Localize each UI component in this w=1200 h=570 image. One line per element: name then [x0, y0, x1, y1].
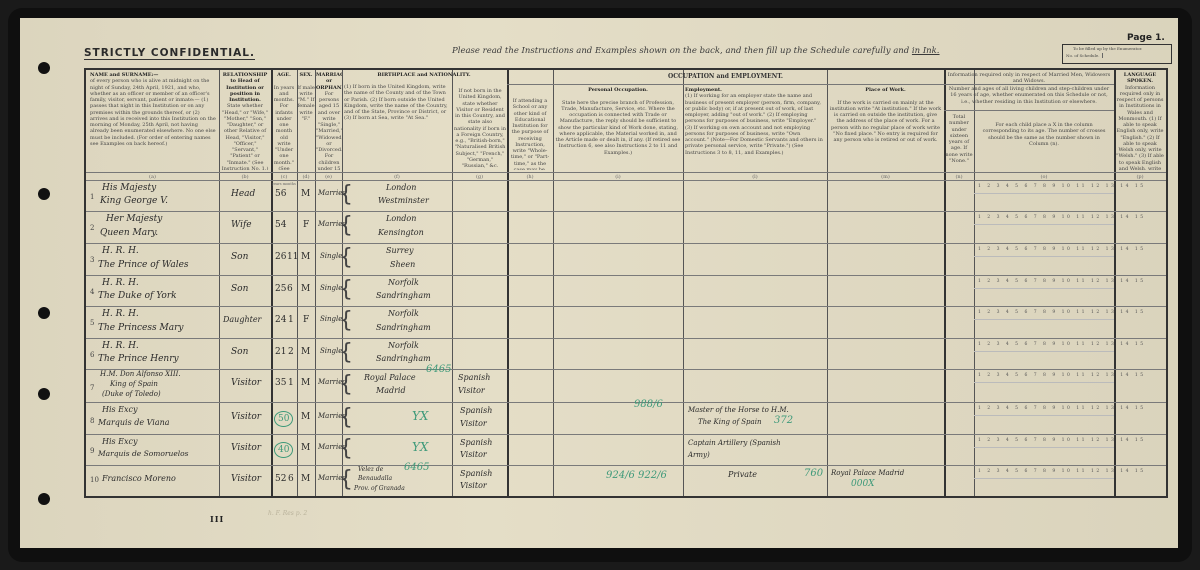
place-of-work-desc: If the work is carried on mainly at the …	[830, 100, 941, 144]
enumerator-box-title: To be filled up by the Enumerator.	[1073, 46, 1142, 51]
header-place-of-work: Place of Work.If the work is carried on …	[829, 87, 942, 170]
person-title: His Excy	[102, 437, 138, 446]
age-rule	[974, 193, 1114, 194]
sex: F	[303, 315, 309, 325]
header-birthplace: (1) If born in the United Kingdom, write…	[344, 84, 450, 170]
age-years: 24	[275, 315, 286, 325]
footer-mark: III	[210, 514, 224, 524]
row-number: 1	[90, 193, 94, 201]
nationality-line: Spanish	[460, 469, 492, 478]
birthplace-line: Sandringham	[376, 291, 431, 300]
age-rule	[974, 478, 1114, 479]
age-months: 1	[288, 378, 294, 388]
person-name: Queen Mary.	[100, 228, 158, 238]
birthplace-title: BIRTHPLACE and NATIONALITY.	[377, 72, 470, 78]
place-of-work: Royal Palace Madrid	[831, 469, 904, 477]
relationship: Son	[231, 347, 248, 357]
pencil-note: h. F. Res p. 2	[268, 510, 307, 517]
person-title: H. R. H.	[102, 246, 139, 256]
header-schooling: If attending a School or any other kind …	[509, 98, 551, 170]
sex: M	[301, 474, 310, 484]
green-employment-code: 372	[774, 415, 793, 426]
age-scale: 1 2 3 4 5 6 7 8 9 10 11 12 13 14 15	[978, 469, 1146, 474]
birthplace-line: Norfolk	[388, 341, 419, 350]
sex: M	[301, 443, 310, 453]
sex: M	[301, 252, 310, 262]
person-name: Marquis de Somoruelos	[98, 449, 189, 458]
sex: M	[301, 284, 310, 294]
instructions-line: Please read the Instructions and Example…	[452, 46, 940, 56]
header-employment: Employment.(1) If working for an employe…	[685, 87, 825, 170]
header-marriage: MARRIAGE or ORPHANHOODFor persons aged 1…	[316, 72, 342, 170]
punch-hole	[38, 307, 50, 319]
row-number: 7	[90, 384, 94, 392]
table-row: 7 H.M. Don Alfonso XIII. King of Spain (…	[86, 369, 1166, 403]
age-months: 6	[287, 284, 293, 294]
employment-line: The King of Spain	[698, 418, 761, 426]
person-name: Marquis de Viana	[98, 418, 170, 427]
age-scale: 1 2 3 4 5 6 7 8 9 10 11 12 13 14 15	[978, 438, 1146, 443]
header-nationality: If not born in the United Kingdom, state…	[454, 88, 506, 170]
birthplace-line: Westminster	[378, 196, 429, 205]
brace-icon: {	[339, 247, 353, 269]
birthplace-line: Norfolk	[388, 309, 419, 318]
birthplace-line: Norfolk	[388, 278, 419, 287]
green-annotation: 6465	[426, 364, 451, 375]
header-age-desc: In years and months. For infants under o…	[273, 85, 295, 171]
header-married-info: Information required only in respect of …	[946, 72, 1112, 84]
person-title: His Excy	[102, 405, 138, 414]
age-years: 25	[275, 284, 286, 294]
age-scale: 1 2 3 4 5 6 7 8 9 10 11 12 13 14 15	[978, 310, 1146, 315]
brace-icon: {	[339, 184, 353, 206]
header-relationship-desc: State whether "Head," or "Wife," "Mother…	[222, 103, 269, 170]
age-scale: 1 2 3 4 5 6 7 8 9 10 11 12 13 14 15	[978, 215, 1146, 220]
employment-line: Master of the Horse to H.M.	[688, 406, 789, 414]
header-rule	[86, 172, 1166, 173]
age-months: 2	[288, 347, 294, 357]
age-scale: 1 2 3 4 5 6 7 8 9 10 11 12 13 14 15	[978, 342, 1146, 347]
sex: M	[301, 378, 310, 388]
birthplace-line: Madrid	[376, 386, 406, 395]
birthplace-line: London	[386, 183, 416, 192]
row-number: 8	[90, 417, 94, 425]
age-rule	[974, 256, 1114, 257]
age-rule	[974, 224, 1114, 225]
person-name: King George V.	[100, 196, 168, 206]
header-children-ages: For each child place a X in the column c…	[978, 122, 1110, 170]
header-children-total: Total number under sixteen years of age.…	[945, 114, 973, 170]
birthplace-line: Prov. of Granada	[354, 485, 405, 492]
person-name: The Duke of York	[98, 291, 177, 301]
header-marriage-desc: For persons aged 15 and over write "Sing…	[316, 91, 342, 170]
table-row: 8 His Excy Marquis de Viana Visitor 50 M…	[86, 402, 1166, 435]
relationship: Son	[231, 252, 248, 262]
punch-hole	[38, 493, 50, 505]
person-name: Francisco Moreno	[102, 474, 176, 483]
relationship: Visitor	[231, 378, 261, 388]
nationality-line: Visitor	[460, 450, 487, 459]
age-scale: 1 2 3 4 5 6 7 8 9 10 11 12 13 14 15	[978, 406, 1146, 411]
header-sex-title: SEX.	[299, 72, 312, 78]
person-title: H. R. H.	[102, 278, 139, 288]
page-number: Page 1.	[1127, 33, 1165, 43]
green-occupation-code: 988/6	[634, 399, 663, 410]
instructions-ink: in Ink.	[912, 46, 940, 56]
age-rule	[974, 288, 1114, 289]
age-scale: 1 2 3 4 5 6 7 8 9 10 11 12 13 14 15	[978, 184, 1146, 189]
age-years: 21	[275, 347, 286, 357]
person-title: His Majesty	[102, 183, 156, 193]
header-language: LANGUAGE SPOKEN.Information required onl…	[1116, 72, 1164, 170]
person-title: Her Majesty	[106, 214, 162, 224]
birthplace-line: Sheen	[390, 260, 415, 269]
relationship: Visitor	[231, 474, 261, 484]
header-rule	[944, 110, 1114, 111]
language-title: LANGUAGE SPOKEN.	[1124, 72, 1156, 84]
language-desc: Information required only in respect of …	[1116, 85, 1164, 171]
header-rule	[944, 84, 1114, 85]
age-months: 1	[288, 315, 294, 325]
employment-desc: (1) If working for an employer state the…	[685, 93, 823, 155]
brace-icon: {	[339, 310, 353, 332]
relationship: Son	[231, 284, 248, 294]
nationality-line: Spanish	[458, 373, 490, 382]
sex: M	[301, 189, 310, 199]
row-number: 3	[90, 256, 94, 264]
header-relationship: RELATIONSHIP to Head of Institution or p…	[221, 72, 269, 170]
table-row: 5 H. R. H. The Princess Mary Daughter 24…	[86, 306, 1166, 339]
age-years: 35	[275, 378, 286, 388]
birthplace-line: Sandringham	[376, 354, 431, 363]
age-scale: 1 2 3 4 5 6 7 8 9 10 11 12 13 14 15	[978, 279, 1146, 284]
nationality-line: Visitor	[460, 481, 487, 490]
header-age-title: AGE.	[277, 72, 291, 78]
header-name: NAME and SURNAME:—of every person who is…	[90, 72, 216, 170]
birthplace-line: Royal Palace	[364, 373, 416, 382]
enumerator-box: To be filled up by the Enumerator. No. o…	[1062, 44, 1172, 64]
person-title: H. R. H.	[102, 341, 139, 351]
nationality-line: Visitor	[458, 386, 485, 395]
header-marriage-title: MARRIAGE or ORPHANHOOD	[316, 72, 342, 91]
green-annotation: 6465	[404, 462, 429, 473]
punch-hole	[38, 62, 50, 74]
sex: M	[301, 347, 310, 357]
header-rule	[507, 84, 944, 85]
census-table: NAME and SURNAME:—of every person who is…	[84, 68, 1168, 498]
age-years-circled: 50	[274, 411, 293, 427]
relationship: Wife	[231, 220, 252, 230]
relationship: Visitor	[231, 443, 261, 453]
green-occupation-code: 924/6 922/6	[606, 470, 667, 481]
row-number: 4	[90, 288, 94, 296]
brace-icon: {	[339, 279, 353, 301]
sex: M	[301, 412, 310, 422]
brace-icon: {	[339, 438, 353, 460]
age-rule	[974, 415, 1114, 416]
row-number: 2	[90, 224, 94, 232]
document-title: STRICTLY CONFIDENTIAL.	[84, 47, 255, 60]
employment-line: Army)	[688, 451, 710, 459]
table-row: 9 His Excy Marquis de Somoruelos Visitor…	[86, 434, 1166, 466]
header-name-title: NAME and SURNAME:—	[90, 72, 158, 78]
birthplace-line: Sandringham	[376, 323, 431, 332]
personal-occupation-title: Personal Occupation.	[588, 87, 648, 93]
brace-icon: {	[339, 342, 353, 364]
age-scale: 1 2 3 4 5 6 7 8 9 10 11 12 13 14 15	[978, 373, 1146, 378]
age-rule	[974, 382, 1114, 383]
age-months: 11	[287, 252, 298, 262]
row-number: 10	[90, 476, 99, 484]
header-married-desc: Number and ages of all living children a…	[946, 86, 1112, 110]
birthplace-line: Benaudalla	[358, 475, 392, 482]
header-age: AGE.In years and months. For infants und…	[273, 72, 295, 170]
table-row: 1 His Majesty King George V. Head 56 M M…	[86, 180, 1166, 212]
employment-line: Captain Artillery (Spanish	[688, 439, 781, 447]
row-number: 6	[90, 351, 94, 359]
person-name: (Duke of Toledo)	[102, 390, 161, 398]
table-row: 2 Her Majesty Queen Mary. Wife 54 F Marr…	[86, 211, 1166, 244]
age-years-circled: 40	[274, 442, 293, 458]
punch-hole	[38, 388, 50, 400]
person-name: The Princess Mary	[98, 323, 183, 333]
birthplace-line: Surrey	[386, 246, 414, 255]
nationality-line: Spanish	[460, 406, 492, 415]
header-birthplace-title: BIRTHPLACE and NATIONALITY.	[344, 72, 504, 78]
age-rule	[974, 351, 1114, 352]
brace-icon: {	[339, 469, 353, 491]
age-rule	[974, 447, 1114, 448]
person-name: The Prince of Wales	[98, 260, 189, 270]
nationality-line: Visitor	[460, 419, 487, 428]
green-annotation: YX	[412, 409, 428, 423]
green-annotation: YX	[412, 440, 428, 454]
instructions-text: Please read the Instructions and Example…	[452, 46, 909, 56]
age-years: 56	[275, 189, 286, 199]
sex: F	[303, 220, 309, 230]
brace-icon: {	[339, 215, 353, 237]
relationship: Visitor	[231, 412, 261, 422]
schedule-number-label: No. of Schedule.	[1066, 53, 1103, 58]
age-rule	[974, 319, 1114, 320]
birthplace-line: London	[386, 214, 416, 223]
age-years: 52	[275, 474, 286, 484]
brace-icon: {	[339, 407, 353, 429]
green-place-code: 000X	[851, 479, 875, 489]
header-sex-desc: If male write "M." If female write "F."	[297, 85, 315, 122]
relationship: Head	[231, 189, 255, 199]
place-of-work-title: Place of Work.	[865, 87, 905, 93]
green-employment-code: 760	[804, 468, 823, 479]
header-sex: SEX.If male write "M." If female write "…	[297, 72, 315, 170]
employment-line: Private	[728, 470, 757, 479]
row-number: 5	[90, 319, 94, 327]
row-number: 9	[90, 447, 94, 455]
relationship: Daughter	[223, 315, 261, 324]
table-row: 4 H. R. H. The Duke of York Son 25 6 M S…	[86, 275, 1166, 307]
punch-hole	[38, 188, 50, 200]
header-occupation-group: OCCUPATION and EMPLOYMENT.	[507, 73, 944, 80]
table-row: 6 H. R. H. The Prince Henry Son 21 2 M S…	[86, 338, 1166, 370]
age-years: 26	[275, 252, 286, 262]
table-row: 10 Francisco Moreno Visitor 52 6 M Marri…	[86, 465, 1166, 497]
age-years: 54	[275, 220, 286, 230]
personal-occupation-desc: State here the precise branch of Profess…	[556, 100, 681, 156]
brace-icon: {	[339, 374, 353, 396]
person-title: H. R. H.	[102, 309, 139, 319]
person-title: H.M. Don Alfonso XIII.	[100, 370, 181, 378]
age-scale: 1 2 3 4 5 6 7 8 9 10 11 12 13 14 15	[978, 247, 1146, 252]
age-months: 6	[288, 474, 294, 484]
person-name: The Prince Henry	[98, 354, 179, 364]
person-name: King of Spain	[110, 380, 158, 388]
header-name-desc: of every person who is alive at midnight…	[90, 78, 216, 147]
birthplace-line: Kensington	[378, 228, 424, 237]
header-personal-occupation: Personal Occupation.State here the preci…	[555, 87, 681, 170]
table-row: 3 H. R. H. The Prince of Wales Son 26 11…	[86, 243, 1166, 276]
birthplace-line: Velez de	[358, 466, 383, 473]
header-relationship-title: RELATIONSHIP to Head of Institution or p…	[223, 72, 268, 103]
nationality-line: Spanish	[460, 438, 492, 447]
